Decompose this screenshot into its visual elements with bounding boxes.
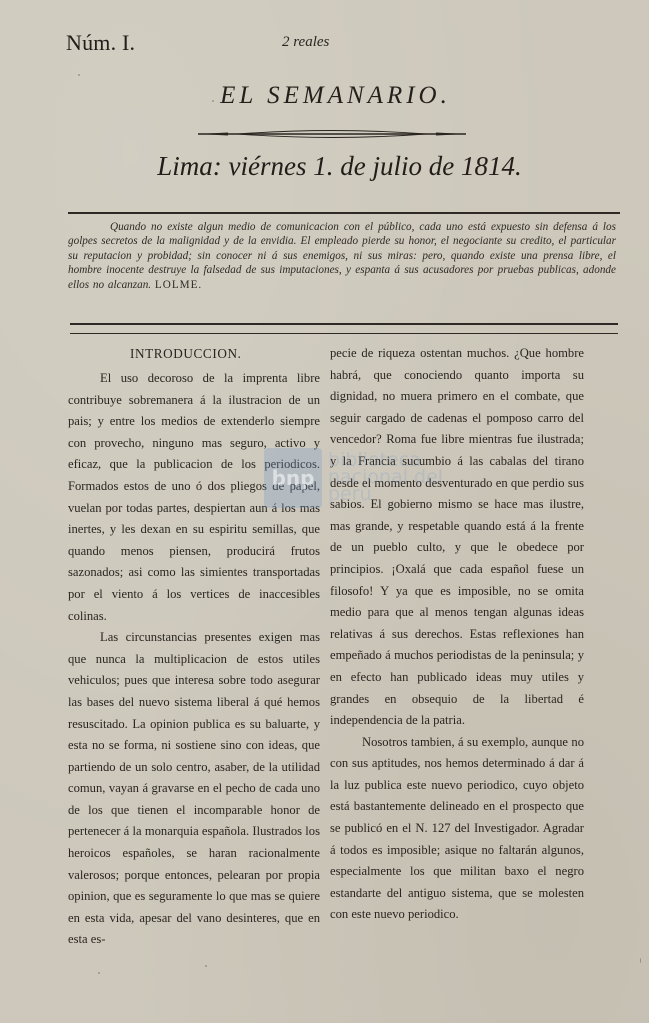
paragraph: Las circunstancias presentes exigen mas … xyxy=(68,627,320,951)
divider-rule xyxy=(68,212,620,214)
price: 2 reales xyxy=(282,34,329,51)
paper-speck xyxy=(640,958,641,963)
issue-number: Núm. I. xyxy=(66,30,135,56)
ornamental-rule xyxy=(198,128,466,140)
library-watermark-text: biblioteca nacional del perú xyxy=(328,452,448,503)
paper-speck xyxy=(205,965,207,967)
paper-speck xyxy=(212,100,214,102)
paragraph: pecie de riqueza ostentan muchos. ¿Que h… xyxy=(330,343,584,732)
divider-rule-double-top xyxy=(70,323,618,325)
section-title: INTRODUCCION. xyxy=(68,343,320,368)
epigraph-text: Quando no existe algun medio de comunica… xyxy=(68,221,616,291)
left-column: INTRODUCCION. El uso decoroso de la impr… xyxy=(68,343,320,951)
paper-speck xyxy=(78,74,80,76)
epigraph: Quando no existe algun medio de comunica… xyxy=(68,220,616,292)
dateline: Lima: viérnes 1. de julio de 1814. xyxy=(0,151,649,182)
right-column: pecie de riqueza ostentan muchos. ¿Que h… xyxy=(330,343,584,926)
newspaper-page: Núm. I. 2 reales EL SEMANARIO. Lima: vié… xyxy=(0,0,649,1023)
newspaper-title: EL SEMANARIO. xyxy=(0,82,649,110)
divider-rule-double-bottom xyxy=(70,333,618,334)
epigraph-author: LOLME. xyxy=(155,279,202,291)
paragraph: Nosotros tambien, á su exemplo, aunque n… xyxy=(330,732,584,926)
paper-speck xyxy=(98,972,100,974)
library-watermark-logo: bnp xyxy=(264,448,322,508)
